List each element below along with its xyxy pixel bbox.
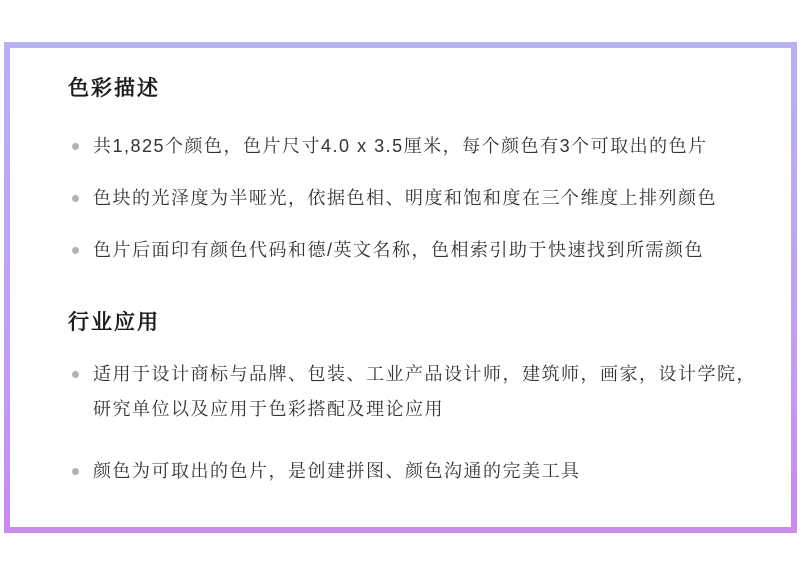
bullet-dot-icon bbox=[72, 143, 79, 150]
gradient-border-frame: 色彩描述 共1,825个颜色，色片尺寸4.0 x 3.5厘米，每个颜色有3个可取… bbox=[4, 42, 797, 533]
list-item: 色片后面印有颜色代码和德/英文名称，色相索引助于快速找到所需颜色 bbox=[72, 233, 761, 268]
bullet-text: 色片后面印有颜色代码和德/英文名称，色相索引助于快速找到所需颜色 bbox=[93, 233, 704, 268]
list-item: 共1,825个颜色，色片尺寸4.0 x 3.5厘米，每个颜色有3个可取出的色片 bbox=[72, 129, 761, 164]
content-panel: 色彩描述 共1,825个颜色，色片尺寸4.0 x 3.5厘米，每个颜色有3个可取… bbox=[10, 48, 791, 527]
bullet-dot-icon bbox=[72, 195, 79, 202]
list-item: 色块的光泽度为半哑光，依据色相、明度和饱和度在三个维度上排列颜色 bbox=[72, 181, 761, 216]
list-item: 颜色为可取出的色片，是创建拼图、颜色沟通的完美工具 bbox=[72, 454, 761, 489]
bullet-text: 颜色为可取出的色片，是创建拼图、颜色沟通的完美工具 bbox=[93, 454, 581, 489]
color-description-list: 共1,825个颜色，色片尺寸4.0 x 3.5厘米，每个颜色有3个可取出的色片 … bbox=[68, 129, 761, 268]
bullet-dot-icon bbox=[72, 247, 79, 254]
color-description-heading: 色彩描述 bbox=[68, 76, 761, 102]
section-color-description: 色彩描述 共1,825个颜色，色片尺寸4.0 x 3.5厘米，每个颜色有3个可取… bbox=[68, 76, 761, 268]
bullet-text: 色块的光泽度为半哑光，依据色相、明度和饱和度在三个维度上排列颜色 bbox=[93, 181, 717, 216]
list-item: 适用于设计商标与品牌、包装、工业产品设计师，建筑师，画家，设计学院，研究单位以及… bbox=[72, 357, 761, 427]
bullet-dot-icon bbox=[72, 371, 79, 378]
bullet-dot-icon bbox=[72, 468, 79, 475]
industry-application-list: 适用于设计商标与品牌、包装、工业产品设计师，建筑师，画家，设计学院，研究单位以及… bbox=[68, 357, 761, 489]
industry-application-heading: 行业应用 bbox=[68, 310, 761, 336]
bullet-text: 共1,825个颜色，色片尺寸4.0 x 3.5厘米，每个颜色有3个可取出的色片 bbox=[93, 129, 708, 164]
section-industry-application: 行业应用 适用于设计商标与品牌、包装、工业产品设计师，建筑师，画家，设计学院，研… bbox=[68, 310, 761, 489]
bullet-text: 适用于设计商标与品牌、包装、工业产品设计师，建筑师，画家，设计学院，研究单位以及… bbox=[93, 357, 761, 427]
